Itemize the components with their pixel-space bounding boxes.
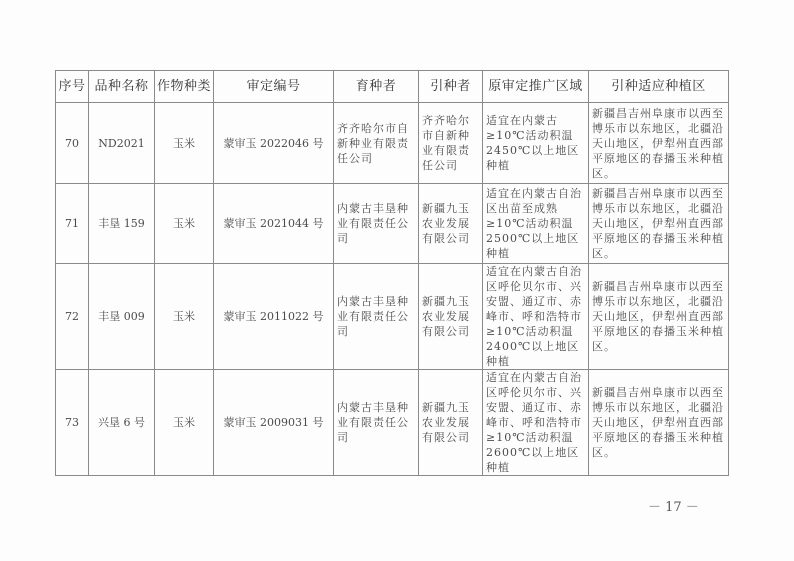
cell-original-area: 适宜在内蒙古自治区呼伦贝尔市、兴安盟、通辽市、赤峰市、呼和浩特市≥10℃活动积温… [483, 264, 589, 370]
header-crop-type: 作物种类 [155, 71, 214, 103]
cell-variety-name: 兴垦 6 号 [89, 370, 155, 476]
header-introduced-area: 引种适应种植区 [589, 71, 729, 103]
table-row: 73 兴垦 6 号 玉米 蒙审玉 2009031 号 内蒙古丰垦种业有限责任公司… [56, 370, 729, 476]
header-variety-name: 品种名称 [89, 71, 155, 103]
cell-introducer: 新疆九玉农业发展有限公司 [419, 184, 483, 264]
table-row: 72 丰垦 009 玉米 蒙审玉 2011022 号 内蒙古丰垦种业有限责任公司… [56, 264, 729, 370]
cell-crop-type: 玉米 [155, 103, 214, 184]
cell-no: 71 [56, 184, 89, 264]
document-page: 序号 品种名称 作物种类 审定编号 育种者 引种者 原审定推广区域 引种适应种植… [0, 0, 794, 561]
cell-no: 73 [56, 370, 89, 476]
cell-introducer: 新疆九玉农业发展有限公司 [419, 370, 483, 476]
header-no: 序号 [56, 71, 89, 103]
cell-variety-name: 丰垦 159 [89, 184, 155, 264]
cell-introduced-area: 新疆昌吉州阜康市以西至博乐市以东地区，北疆沿天山地区，伊犁州直西部平原地区的春播… [589, 103, 729, 184]
variety-table: 序号 品种名称 作物种类 审定编号 育种者 引种者 原审定推广区域 引种适应种植… [55, 70, 729, 476]
cell-original-area: 适宜在内蒙古自治区呼伦贝尔市、兴安盟、通辽市、赤峰市、呼和浩特市≥10℃活动积温… [483, 370, 589, 476]
header-original-area: 原审定推广区域 [483, 71, 589, 103]
header-breeder: 育种者 [334, 71, 419, 103]
page-number: － 17 － [648, 496, 699, 515]
cell-crop-type: 玉米 [155, 184, 214, 264]
cell-no: 72 [56, 264, 89, 370]
table-row: 70 ND2021 玉米 蒙审玉 2022046 号 齐齐哈尔市自新种业有限责任… [56, 103, 729, 184]
cell-approval-number: 蒙审玉 2011022 号 [214, 264, 334, 370]
cell-introducer: 新疆九玉农业发展有限公司 [419, 264, 483, 370]
cell-breeder: 内蒙古丰垦种业有限责任公司 [334, 264, 419, 370]
cell-crop-type: 玉米 [155, 370, 214, 476]
cell-breeder: 内蒙古丰垦种业有限责任公司 [334, 370, 419, 476]
table-row: 71 丰垦 159 玉米 蒙审玉 2021044 号 内蒙古丰垦种业有限责任公司… [56, 184, 729, 264]
cell-approval-number: 蒙审玉 2021044 号 [214, 184, 334, 264]
cell-introduced-area: 新疆昌吉州阜康市以西至博乐市以东地区，北疆沿天山地区，伊犁州直西部平原地区的春播… [589, 184, 729, 264]
cell-no: 70 [56, 103, 89, 184]
table-header-row: 序号 品种名称 作物种类 审定编号 育种者 引种者 原审定推广区域 引种适应种植… [56, 71, 729, 103]
header-approval-number: 审定编号 [214, 71, 334, 103]
cell-breeder: 内蒙古丰垦种业有限责任公司 [334, 184, 419, 264]
cell-variety-name: ND2021 [89, 103, 155, 184]
cell-introducer: 齐齐哈尔市自新种业有限责任公司 [419, 103, 483, 184]
header-introducer: 引种者 [419, 71, 483, 103]
cell-approval-number: 蒙审玉 2022046 号 [214, 103, 334, 184]
cell-approval-number: 蒙审玉 2009031 号 [214, 370, 334, 476]
cell-variety-name: 丰垦 009 [89, 264, 155, 370]
cell-introduced-area: 新疆昌吉州阜康市以西至博乐市以东地区，北疆沿天山地区，伊犁州直西部平原地区的春播… [589, 370, 729, 476]
cell-original-area: 适宜在内蒙古≥10℃活动积温 2450℃以上地区种植 [483, 103, 589, 184]
cell-crop-type: 玉米 [155, 264, 214, 370]
cell-introduced-area: 新疆昌吉州阜康市以西至博乐市以东地区，北疆沿天山地区，伊犁州直西部平原地区的春播… [589, 264, 729, 370]
cell-original-area: 适宜在内蒙古自治区出苗至成熟≥10℃活动积温 2500℃以上地区种植 [483, 184, 589, 264]
cell-breeder: 齐齐哈尔市自新种业有限责任公司 [334, 103, 419, 184]
